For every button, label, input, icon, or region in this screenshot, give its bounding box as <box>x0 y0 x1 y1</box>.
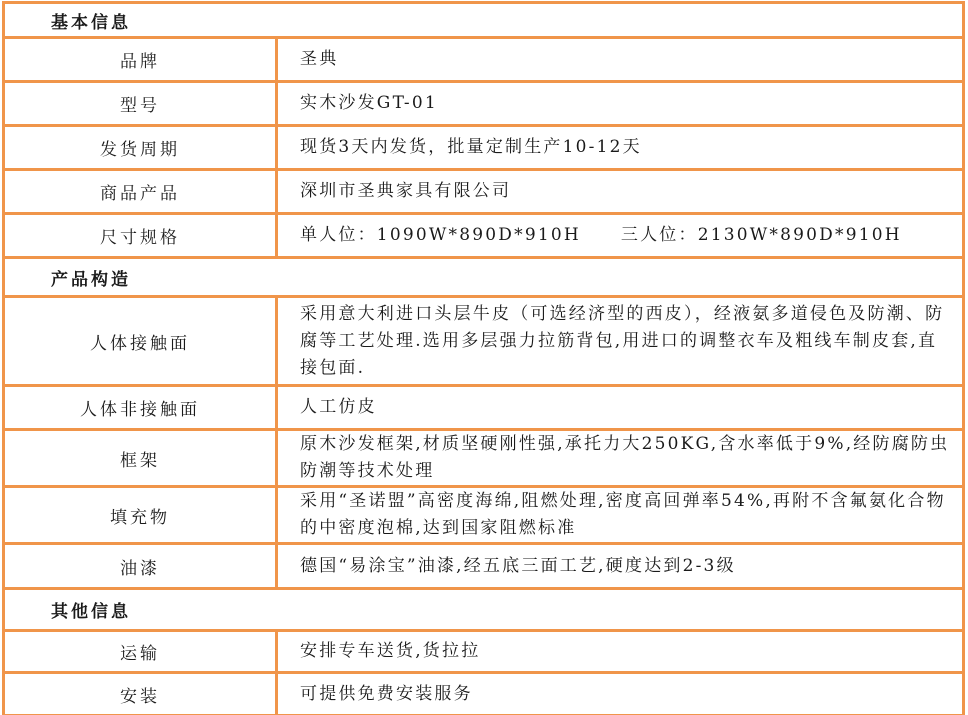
section-header-other: 其他信息 <box>4 589 964 631</box>
table-row: 填充物 采用“圣诺盟”高密度海绵,阻燃处理,密度高回弹率54%,再附不含氟氨化合… <box>4 487 964 544</box>
row-value-brand: 圣典 <box>277 38 964 82</box>
row-label-brand: 品牌 <box>4 38 277 82</box>
product-spec-table: 基本信息 品牌 圣典 型号 实木沙发GT-01 发货周期 现货3天内发货，批量定… <box>2 1 965 715</box>
section-header-basic: 基本信息 <box>4 3 964 38</box>
row-label-paint: 油漆 <box>4 544 277 589</box>
row-label-delivery: 发货周期 <box>4 126 277 170</box>
table-row: 人体接触面 采用意大利进口头层牛皮（可选经济型的西皮），经液氨多道侵色及防潮、防… <box>4 297 964 386</box>
table-row: 人体非接触面 人工仿皮 <box>4 386 964 430</box>
row-label-installation: 安装 <box>4 673 277 715</box>
section-title: 产品构造 <box>4 258 964 297</box>
table-row: 尺寸规格 单人位：1090W*890D*910H三人位：2130W*890D*9… <box>4 214 964 258</box>
row-value-noncontact-surface: 人工仿皮 <box>277 386 964 430</box>
row-label-frame: 框架 <box>4 430 277 487</box>
table-row: 框架 原木沙发框架,材质坚硬刚性强,承托力大250KG,含水率低于9%,经防腐防… <box>4 430 964 487</box>
table-row: 品牌 圣典 <box>4 38 964 82</box>
row-label-contact-surface: 人体接触面 <box>4 297 277 386</box>
table-row: 油漆 德国“易涂宝”油漆,经五底三面工艺,硬度达到2-3级 <box>4 544 964 589</box>
dimension-single-seat: 单人位：1090W*890D*910H <box>300 225 581 245</box>
table-row: 发货周期 现货3天内发货，批量定制生产10-12天 <box>4 126 964 170</box>
table-row: 运输 安排专车送货,货拉拉 <box>4 631 964 673</box>
row-label-filling: 填充物 <box>4 487 277 544</box>
row-value-model: 实木沙发GT-01 <box>277 82 964 126</box>
row-label-noncontact-surface: 人体非接触面 <box>4 386 277 430</box>
row-value-dimensions: 单人位：1090W*890D*910H三人位：2130W*890D*910H <box>277 214 964 258</box>
section-title: 基本信息 <box>4 3 964 38</box>
section-header-construction: 产品构造 <box>4 258 964 297</box>
row-label-manufacturer: 商品产品 <box>4 170 277 214</box>
row-value-shipping: 安排专车送货,货拉拉 <box>277 631 964 673</box>
row-value-manufacturer: 深圳市圣典家具有限公司 <box>277 170 964 214</box>
row-value-frame: 原木沙发框架,材质坚硬刚性强,承托力大250KG,含水率低于9%,经防腐防虫防潮… <box>277 430 964 487</box>
section-title: 其他信息 <box>4 589 964 631</box>
row-label-dimensions: 尺寸规格 <box>4 214 277 258</box>
row-value-delivery: 现货3天内发货，批量定制生产10-12天 <box>277 126 964 170</box>
table-row: 商品产品 深圳市圣典家具有限公司 <box>4 170 964 214</box>
row-value-filling: 采用“圣诺盟”高密度海绵,阻燃处理,密度高回弹率54%,再附不含氟氨化合物的中密… <box>277 487 964 544</box>
row-value-paint: 德国“易涂宝”油漆,经五底三面工艺,硬度达到2-3级 <box>277 544 964 589</box>
row-label-shipping: 运输 <box>4 631 277 673</box>
row-label-model: 型号 <box>4 82 277 126</box>
row-value-contact-surface: 采用意大利进口头层牛皮（可选经济型的西皮），经液氨多道侵色及防潮、防腐等工艺处理… <box>277 297 964 386</box>
table-row: 型号 实木沙发GT-01 <box>4 82 964 126</box>
table-row: 安装 可提供免费安装服务 <box>4 673 964 715</box>
dimension-three-seat: 三人位：2130W*890D*910H <box>621 225 902 245</box>
row-value-installation: 可提供免费安装服务 <box>277 673 964 715</box>
